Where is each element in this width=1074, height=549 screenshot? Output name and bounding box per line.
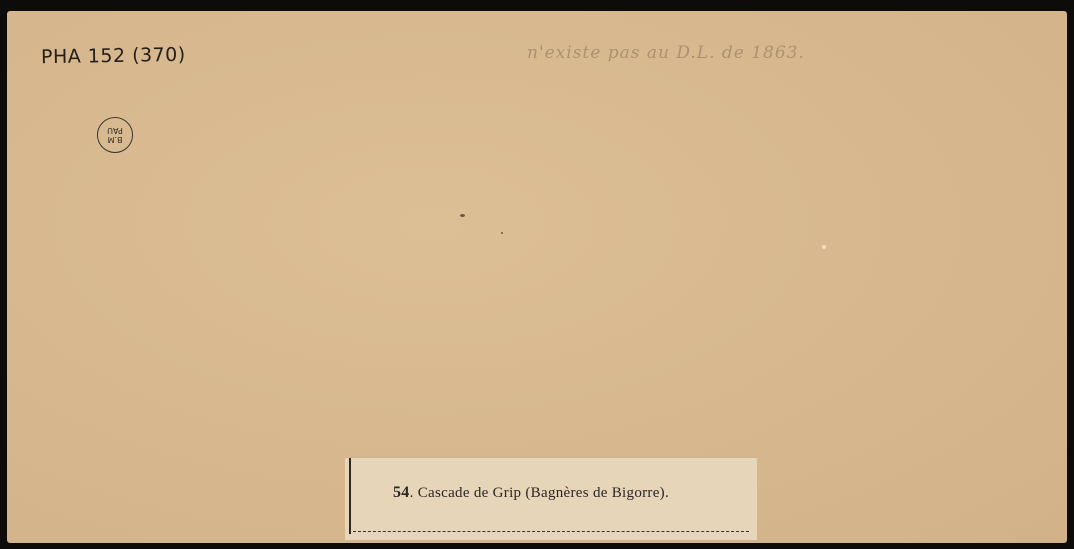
stamp-line2: PAU [107, 126, 123, 135]
caption-label: 54. Cascade de Grip (Bagnères de Bigorre… [345, 457, 757, 540]
shelf-mark: PHA 152 (370) [41, 44, 186, 69]
pencil-note: n'existe pas au D.L. de 1863. [527, 43, 805, 63]
speck [822, 245, 826, 249]
stamp-line1: B.M [108, 135, 123, 144]
speck [501, 232, 503, 234]
item-number: 54 [393, 484, 410, 501]
caption-title: . Cascade de Grip (Bagnères de Bigorre). [410, 485, 669, 501]
caption-text: 54. Cascade de Grip (Bagnères de Bigorre… [393, 484, 669, 502]
label-rule [353, 530, 749, 532]
label-border [349, 458, 351, 534]
speck [460, 214, 465, 217]
library-stamp-icon: B.M PAU [97, 117, 133, 153]
